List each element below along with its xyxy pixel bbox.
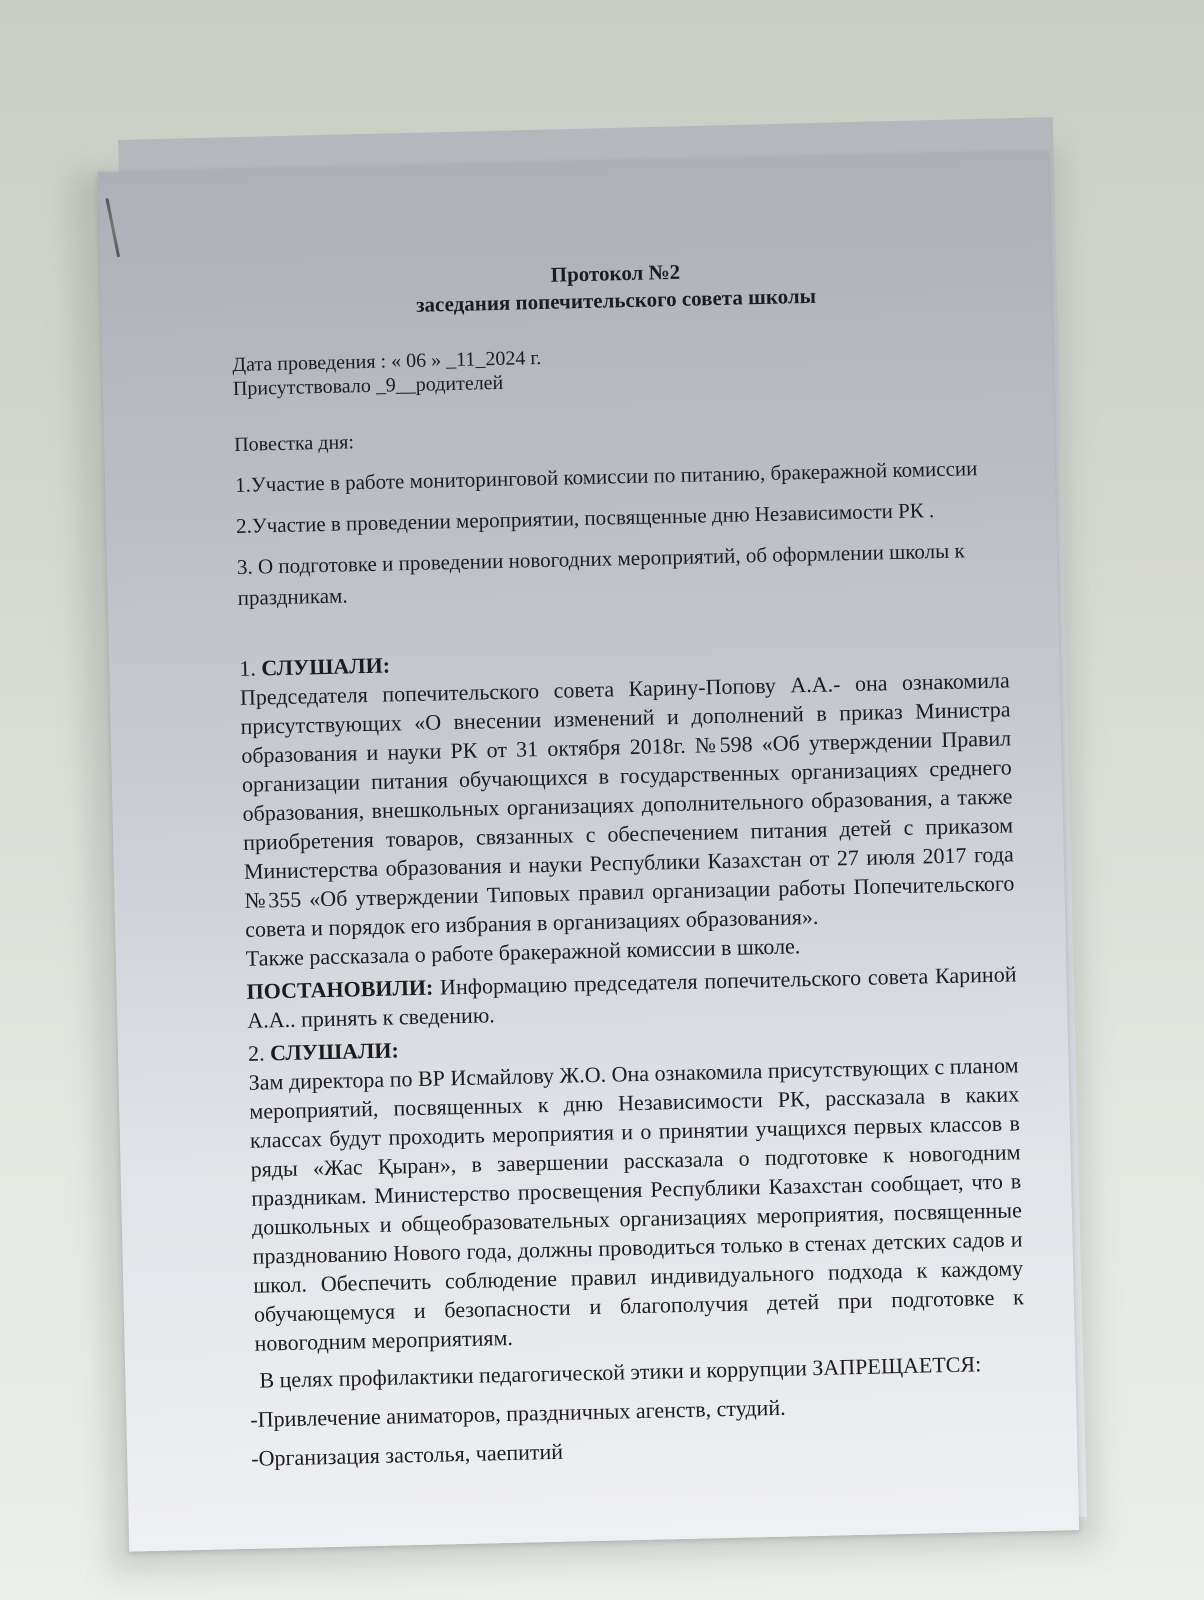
document-page: Протокол №2 заседания попечительского со…: [98, 150, 1079, 1551]
section-number: 2.: [248, 1040, 265, 1065]
section-label: СЛУШАЛИ:: [270, 1037, 399, 1065]
agenda-heading: Повестка дня:: [234, 414, 1004, 460]
prohibition-item: -Привлечение аниматоров, праздничных аге…: [250, 1387, 1026, 1434]
section-label: СЛУШАЛИ:: [261, 653, 390, 681]
prohibitions-intro: В целях профилактики педагогической этик…: [255, 1348, 1025, 1394]
document-content: Протокол №2 заседания попечительского со…: [230, 252, 1027, 1473]
section-number: 1.: [239, 656, 256, 681]
meeting-meta: Дата проведения : « 06 » _11_2024 г. При…: [232, 336, 1003, 401]
resolution-label: ПОСТАНОВИЛИ:: [246, 975, 433, 1004]
agenda-item: 1.Участие в работе мониторинговой комисс…: [235, 453, 1006, 501]
prohibition-item: -Организация застолья, чаепитий: [251, 1426, 1027, 1473]
section-1-body: Председателя попечительского совета Кари…: [240, 665, 1016, 943]
agenda-item: 2.Участие в проведении мероприятии, посв…: [236, 493, 1007, 541]
section-2-body: Зам директора по ВР Исмайлову Ж.О. Она о…: [248, 1050, 1024, 1357]
agenda-item: 3. О подготовке и проведении новогодних …: [237, 534, 1008, 613]
staple-icon: [105, 198, 120, 257]
